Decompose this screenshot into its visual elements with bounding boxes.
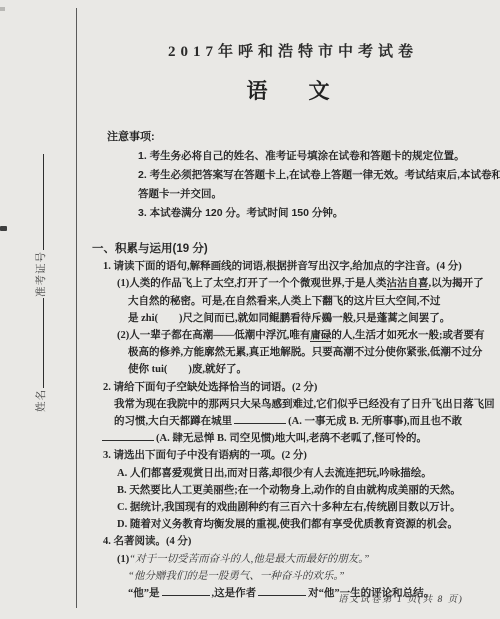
text-segment: 1. 请读下面的语句,解释画线的词语,根据拼音写出汉字,给加点的字注音。(4 分…: [103, 261, 462, 272]
text-line: D. 随着对义务教育均衡发展的重视,使我们都有享受优质教育资源的机会。: [117, 516, 496, 533]
text-line: 的习惯,大白天都蹲在城里(A. 一事无成 B. 无所事事),而且也不敢: [114, 413, 496, 430]
text-line: (1)人类的作品飞上了太空,打开了一个个微观世界,于是人类沾沾自喜,以为揭开了: [117, 275, 496, 292]
text-segment: 3. 请选出下面句子中没有语病的一项。(2 分): [103, 450, 307, 461]
text-line: (A. 肆无忌惮 B. 司空见惯)地大叫,老鸹不老呱了,怪可怜的。: [100, 430, 496, 447]
text-segment: 4. 名著阅读。(4 分): [103, 536, 191, 547]
text-line: B. 天然要比人工更美丽些;在一个动物身上,动作的自由就构成美丽的天然。: [117, 482, 496, 499]
text-line: 2. 请给下面句子空缺处选择恰当的词语。(2 分): [103, 379, 496, 396]
section-heading: 一、积累与运用(19 分): [92, 241, 496, 258]
notice-items: 1. 考生务必将自己的姓名、准考证号填涂在试卷和答题卡的规定位置。2. 考生必须…: [92, 147, 496, 223]
text-line: (2)人一辈子都在高潮——低潮中浮沉,唯有庸碌的人,生活才如死水一般;或者要有: [117, 327, 496, 344]
exam-paper-page: 姓名准考证号 2017年呼和浩特市中考试卷 语 文 注意事项: 1. 考生务必将…: [0, 0, 500, 619]
text-segment: 大自然的秘密。可是,在自然看来,人类上下翻飞的这片巨大空间,不过: [128, 296, 440, 307]
text-segment: 的人,生活才如死水一般;或者要有: [331, 330, 484, 341]
name-blank: [33, 298, 44, 388]
text-segment: “他分赠我们的是一股勇气、一种奋斗的欢乐。”: [128, 571, 344, 582]
underlined-word: 沾沾自喜: [387, 278, 429, 290]
text-segment: 使你 tui( )废,就好了。: [128, 364, 247, 375]
text-segment: “他”是: [128, 588, 160, 599]
text-line: 是 zhi( )尺之间而已,就如同鲲鹏看待斥鷃一般,只是蓬蒿之间罢了。: [128, 310, 496, 327]
text-line: 1. 考生务必将自己的姓名、准考证号填涂在试卷和答题卡的规定位置。: [138, 147, 496, 166]
answer-blank: [102, 430, 154, 441]
text-segment: 答题卡一并交回。: [138, 188, 222, 200]
text-segment: 2. 请给下面句子空缺处选择恰当的词语。(2 分): [103, 382, 317, 393]
answer-blank: [162, 585, 210, 596]
text-line: A. 人们都喜爱观赏日出,而对日落,却很少有人去流连把玩,吟咏描绘。: [117, 465, 496, 482]
text-line: 答题卡一并交回。: [138, 185, 496, 204]
answer-blank: [234, 413, 286, 424]
header: 2017年呼和浩特市中考试卷 语 文: [92, 40, 494, 105]
text-segment: “对于一切受苦而奋斗的人,他是最大而最好的朋友。”: [129, 554, 369, 565]
text-segment: 的习惯,大白天都蹲在城里: [114, 416, 232, 427]
underlined-word: 庸碌: [310, 330, 331, 342]
text-line: “他分赠我们的是一股勇气、一种奋斗的欢乐。”: [128, 568, 496, 585]
exam-number-label: 准考证号: [36, 251, 47, 297]
text-line: (1)“对于一切受苦而奋斗的人,他是最大而最好的朋友。”: [117, 551, 496, 568]
text-line: 使你 tui( )废,就好了。: [128, 361, 496, 378]
text-segment: ,这是作者: [212, 588, 257, 599]
question-lines: 1. 请读下面的语句,解释画线的词语,根据拼音写出汉字,给加点的字注音。(4 分…: [92, 258, 496, 602]
text-line: 我常为现在我院中的那两只大呆鸟感到难过,它们似乎已经没有了日升飞出日落飞回: [114, 396, 496, 413]
text-line: 极高的修养,方能廓然无累,真正地解脱。只要高潮不过分使你紧张,低潮不过分: [128, 344, 496, 361]
text-segment: 极高的修养,方能廓然无累,真正地解脱。只要高潮不过分使你紧张,低潮不过分: [128, 347, 482, 358]
text-segment: D. 随着对义务教育均衡发展的重视,使我们都有享受优质教育资源的机会。: [117, 519, 458, 530]
notice-block: 注意事项: 1. 考生务必将自己的姓名、准考证号填涂在试卷和答题卡的规定位置。2…: [92, 128, 496, 223]
seal-divider-line: [76, 8, 77, 608]
text-line: 3. 请选出下面句子中没有语病的一项。(2 分): [103, 447, 496, 464]
seal-margin: 姓名准考证号: [33, 132, 49, 412]
scan-artifact: [0, 226, 7, 231]
text-segment: (2)人一辈子都在高潮——低潮中浮沉,唯有: [117, 330, 310, 341]
text-segment: (1)人类的作品飞上了太空,打开了一个个微观世界,于是人类: [117, 278, 387, 289]
exam-number-blank: [33, 154, 44, 250]
text-segment: 我常为现在我院中的那两只大呆鸟感到难过,它们似乎已经没有了日升飞出日落飞回: [114, 399, 495, 410]
text-segment: 3. 本试卷满分 120 分。考试时间 150 分钟。: [138, 207, 343, 219]
answer-blank: [258, 585, 306, 596]
text-segment: C. 据统计,我国现有的戏曲剧种约有三百六十多种左右,传统剧目数以万计。: [117, 502, 461, 513]
text-line: C. 据统计,我国现有的戏曲剧种约有三百六十多种左右,传统剧目数以万计。: [117, 499, 496, 516]
text-line: 4. 名著阅读。(4 分): [103, 533, 496, 550]
text-line: 1. 请读下面的语句,解释画线的词语,根据拼音写出汉字,给加点的字注音。(4 分…: [103, 258, 496, 275]
text-segment: 2. 考生必须把答案写在答题卡上,在试卷上答题一律无效。考试结束后,本试卷和: [138, 169, 500, 181]
text-segment: B. 天然要比人工更美丽些;在一个动物身上,动作的自由就构成美丽的天然。: [117, 485, 461, 496]
text-segment: 1. 考生务必将自己的姓名、准考证号填涂在试卷和答题卡的规定位置。: [138, 150, 465, 162]
text-segment: A. 人们都喜爱观赏日出,而对日落,却很少有人去流连把玩,吟咏描绘。: [117, 468, 432, 479]
text-line: 大自然的秘密。可是,在自然看来,人类上下翻飞的这片巨大空间,不过: [128, 293, 496, 310]
text-line: 2. 考生必须把答案写在答题卡上,在试卷上答题一律无效。考试结束后,本试卷和: [138, 166, 496, 185]
page-content: 注意事项: 1. 考生务必将自己的姓名、准考证号填涂在试卷和答题卡的规定位置。2…: [92, 128, 496, 602]
notice-heading: 注意事项:: [107, 128, 496, 147]
page-footer: 语文试卷第 1 页(共 8 页): [338, 591, 463, 605]
scan-artifact: [0, 7, 5, 11]
text-segment: ,以为揭开了: [429, 278, 484, 289]
exam-title: 2017年呼和浩特市中考试卷: [92, 40, 494, 61]
exam-subject: 语 文: [92, 75, 494, 105]
text-segment: 是 zhi( )尺之间而已,就如同鲲鹏看待斥鷃一般,只是蓬蒿之间罢了。: [128, 313, 450, 324]
name-label: 姓名: [36, 389, 47, 412]
text-segment: (1): [117, 554, 129, 565]
text-line: 3. 本试卷满分 120 分。考试时间 150 分钟。: [138, 204, 496, 223]
text-segment: (A. 肆无忌惮 B. 司空见惯)地大叫,老鸹不老呱了,怪可怜的。: [156, 433, 427, 444]
text-segment: (A. 一事无成 B. 无所事事),而且也不敢: [288, 416, 462, 427]
